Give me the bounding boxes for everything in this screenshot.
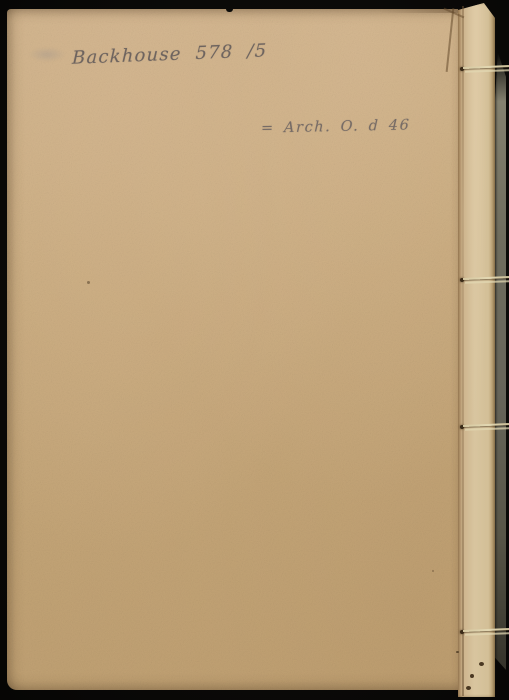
- stitch-thread: [463, 423, 509, 427]
- worm-speck: [466, 686, 471, 690]
- stitch-thread: [463, 628, 509, 632]
- binding-stitch-1: [459, 66, 509, 72]
- stitch-thread: [463, 65, 509, 69]
- worm-speck: [479, 662, 484, 666]
- page-edges-strip: [495, 52, 506, 670]
- fold-shadow: [380, 9, 458, 13]
- stitch-thread: [465, 280, 509, 283]
- binding-stitch-4: [459, 629, 509, 635]
- binding-stitch-3: [459, 424, 509, 430]
- handwritten-arch-shelfmark: = Arch. O. d 46: [261, 117, 411, 136]
- stitch-thread: [463, 276, 509, 280]
- binding-stitch-2: [459, 277, 509, 283]
- worm-speck: [456, 651, 459, 653]
- paper-speck: [87, 281, 90, 284]
- stitch-thread: [465, 632, 509, 635]
- ink-smudge: [28, 47, 66, 62]
- stitch-thread: [465, 69, 509, 72]
- book-cover: [7, 9, 458, 690]
- spine-crease: [462, 6, 464, 696]
- paper-speck: [432, 570, 434, 572]
- worm-speck: [470, 674, 474, 678]
- stitch-thread: [465, 427, 509, 430]
- scanned-book-cover-photo: Backhouse 578 /5 = Arch. O. d 46: [0, 0, 509, 700]
